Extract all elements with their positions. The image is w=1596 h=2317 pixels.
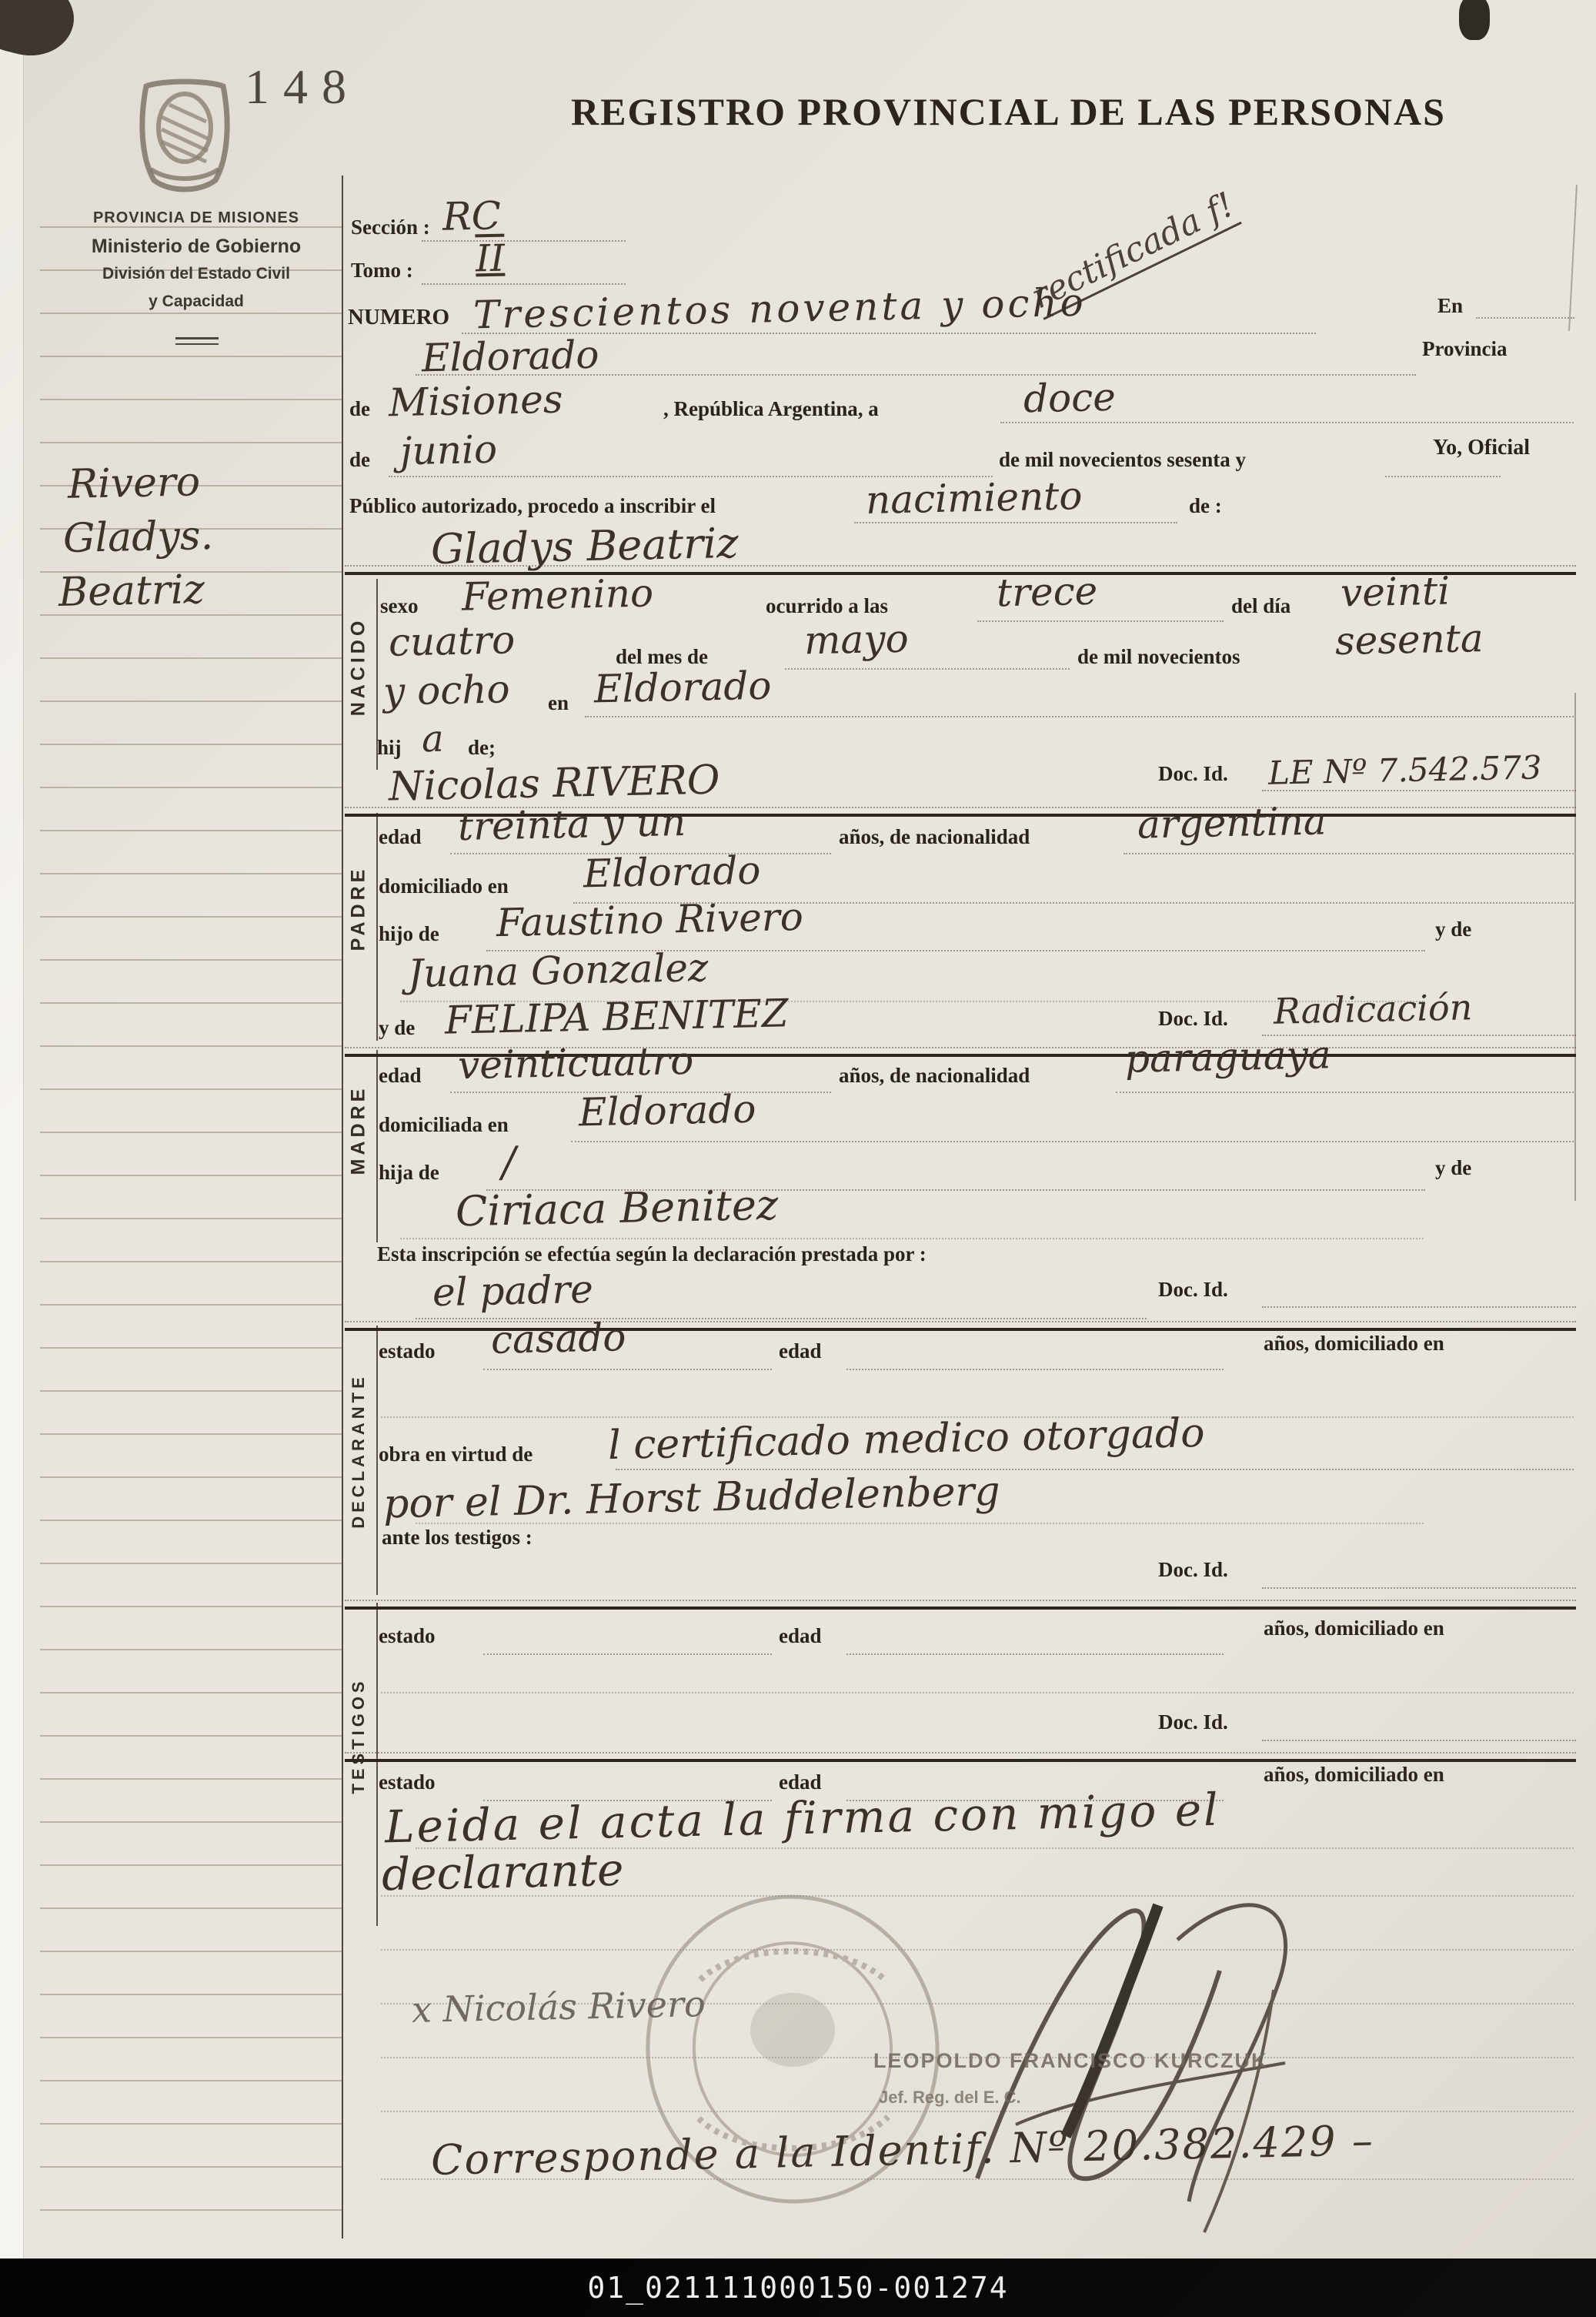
doc-id-value: Radicación (1273, 986, 1472, 1031)
field-line (571, 1141, 1574, 1142)
section-label-nacido: NACIDO (348, 617, 370, 717)
lugar-value: Eldorado (593, 664, 772, 712)
anio-value: sesenta (1334, 616, 1484, 664)
declarante-value: el padre (432, 1267, 593, 1315)
edad-value: veinticuatro (457, 1038, 693, 1088)
dia-value2: cuatro (388, 617, 515, 664)
heavy-rule (345, 1752, 1576, 1762)
demil-label: de mil novecientos (1077, 645, 1240, 669)
de-label: de (349, 397, 370, 421)
numero-value: Trescientos noventa y ocho (472, 280, 1087, 338)
doc-id-label: Doc. Id. (1158, 1007, 1228, 1031)
madre-nombre-value: FELIPA BENITEZ (444, 991, 789, 1042)
edad-value: treinta y un (457, 800, 686, 849)
domicilio-label: domiciliada en (379, 1113, 509, 1137)
ocurrido-label: ocurrido a las (766, 594, 888, 618)
letterhead-line: Ministerio de Gobierno (42, 236, 350, 258)
doc-id-label: Doc. Id. (1158, 1710, 1228, 1734)
de-label: de : (1189, 494, 1222, 518)
domicilio-value: Eldorado (583, 848, 761, 897)
estado-label: estado (379, 1339, 436, 1363)
nacionalidad-value: argentina (1137, 798, 1327, 847)
en-lugar-value: Eldorado (421, 333, 599, 381)
de-label: de; (468, 736, 496, 760)
anios-domicilio-label: años, domiciliado en (1264, 1763, 1444, 1787)
anio-value2: y ocho (382, 667, 510, 714)
hij-value: a (421, 717, 444, 761)
hijo-de-label: hijo de (379, 922, 439, 946)
field-line (846, 1369, 1224, 1370)
letterhead-line: PROVINCIA DE MISIONES (42, 209, 350, 227)
scanned-birth-certificate: 148 REGISTRO PROVINCIAL DE LAS PERSONAS … (0, 0, 1596, 2317)
field-line (1385, 476, 1501, 477)
margin-name: Rivero (67, 459, 200, 508)
domicilio-label: domiciliado en (379, 874, 509, 898)
seccion-label: Sección : (351, 216, 430, 239)
field-line (977, 620, 1224, 622)
estado-label: estado (379, 1624, 436, 1648)
sexo-value: Femenino (461, 570, 653, 619)
doc-id-label: Doc. Id. (1158, 1558, 1228, 1582)
numero-label: NUMERO (348, 305, 449, 330)
republica-label: , República Argentina, a (663, 397, 879, 421)
hija-de-slash: ∕ (501, 1138, 516, 1186)
form-title: REGISTRO PROVINCIAL DE LAS PERSONAS (571, 89, 1387, 134)
anios-domicilio-label: años, domiciliado en (1264, 1332, 1444, 1356)
obra-label: obra en virtud de (379, 1443, 533, 1466)
dia-value: veinti (1340, 569, 1450, 616)
field-line (785, 668, 1070, 670)
section-label-declarante: DECLARANTE (349, 1373, 369, 1529)
domicilio-value: Eldorado (578, 1087, 756, 1135)
doc-id-value: LE Nº 7.542.573 (1268, 748, 1542, 791)
section-bracket (376, 1603, 378, 1926)
field-line (1124, 853, 1574, 854)
field-line (1262, 1587, 1576, 1589)
section-label-padre: PADRE (348, 866, 370, 951)
field-line (416, 1523, 1424, 1524)
edad-label: edad (779, 1624, 822, 1648)
right-edge-mark (1568, 185, 1578, 331)
field-line (1476, 317, 1574, 319)
form-left-rule (342, 176, 343, 2238)
margin-name: Gladys. (62, 513, 213, 562)
mes-value: junio (399, 427, 497, 474)
section-label-madre: MADRE (348, 1085, 370, 1175)
yo-oficial-label: Yo, Oficial (1433, 436, 1530, 460)
hora-value: trece (996, 569, 1097, 616)
field-line (1000, 422, 1574, 423)
del-dia-label: del día (1231, 594, 1290, 618)
provincia-value: Misiones (388, 377, 563, 426)
ante-testigos-label: ante los testigos : (382, 1526, 533, 1550)
section-bracket (376, 1050, 378, 1242)
page-number-stamp: 148 (245, 59, 360, 115)
seccion-value: RC (442, 193, 501, 239)
field-line (483, 1653, 772, 1655)
edad-label: edad (779, 1770, 822, 1794)
field-line (422, 240, 626, 242)
anios-domicilio-label: años, domiciliado en (1264, 1617, 1444, 1640)
scan-code-bar: 01_021111000150-001274 (0, 2258, 1596, 2317)
en-label: en (548, 691, 569, 715)
provincia-label: Provincia (1422, 337, 1508, 361)
acto-value: nacimiento (865, 473, 1083, 523)
edad-label: edad (379, 1064, 422, 1088)
en-label: En (1437, 294, 1463, 318)
declaracion-label: Esta inscripción se efectúa según la dec… (377, 1242, 927, 1266)
field-line (1262, 790, 1576, 791)
abuelo-value: Faustino Rivero (496, 894, 803, 945)
edad-label: edad (779, 1339, 822, 1363)
field-line (846, 1653, 1224, 1655)
letterhead-line: y Capacidad (42, 293, 350, 311)
anio-label: de mil novecientos sesenta y (999, 448, 1246, 472)
nacionalidad-label: años, de nacionalidad (839, 825, 1030, 849)
doc-id-label: Doc. Id. (1158, 762, 1228, 786)
y-de-label: y de (1435, 918, 1471, 941)
letterhead-line: División del Estado Civil (42, 265, 350, 283)
obra-value: l certificado medico otorgado (607, 1410, 1205, 1469)
sexo-label: sexo (380, 594, 419, 618)
tomo-value: II (475, 237, 505, 281)
cierre-line1: Leida el acta la firma con migo el (384, 1784, 1220, 1854)
section-label-testigos: TESTIGOS (349, 1677, 369, 1794)
section-bracket (376, 813, 378, 1041)
abuela-materna-value: Ciriaca Benitez (455, 1181, 778, 1236)
field-line (1262, 1740, 1576, 1741)
letterhead-divider (175, 337, 219, 345)
official-title-stamp: Jef. Reg. del E. C. (879, 2088, 1021, 2108)
tomo-label: Tomo : (351, 259, 413, 283)
scan-code: 01_021111000150-001274 (587, 2271, 1008, 2305)
official-name-stamp: LEOPOLDO FRANCISCO KURCZUK (873, 2049, 1268, 2073)
field-line (616, 1469, 1574, 1470)
estado-value: casado (490, 1315, 626, 1362)
y-de-label: y de (1435, 1156, 1471, 1180)
right-edge-mark (1574, 693, 1576, 1201)
obra-value2: por el Dr. Horst Buddelenberg (382, 1469, 1000, 1528)
hija-de-label: hija de (379, 1161, 439, 1185)
field-line (400, 1238, 1424, 1239)
doc-id-label: Doc. Id. (1158, 1278, 1228, 1302)
field-line (1262, 1306, 1576, 1308)
heavy-rule (345, 1600, 1576, 1610)
padre-firma: x Nicolás Rivero (411, 1983, 706, 2031)
cierre-line2: declarante (381, 1844, 624, 1901)
hij-label: hij (377, 736, 402, 760)
field-line (483, 1369, 772, 1370)
nacionalidad-label: años, de nacionalidad (839, 1064, 1030, 1088)
field-line (416, 374, 1416, 376)
field-line (1116, 1092, 1574, 1093)
page-edge (0, 0, 24, 2317)
de-label: de (349, 448, 370, 472)
margin-name: Beatriz (58, 567, 205, 616)
section-bracket (376, 1326, 378, 1595)
y-de-label: y de (379, 1016, 415, 1040)
field-line (585, 716, 1574, 717)
abuela-value: Juana Gonzalez (407, 945, 708, 996)
field-line (381, 1692, 1574, 1693)
mes-value: mayo (803, 617, 909, 664)
field-line (854, 522, 1177, 523)
dia-value: doce (1023, 375, 1116, 421)
provincial-coat-of-arms-icon (135, 79, 234, 194)
nacionalidad-value: paraguaya (1124, 1032, 1331, 1082)
field-line (422, 283, 626, 285)
publico-label: Público autorizado, procedo a inscribir … (349, 494, 716, 518)
estado-label: estado (379, 1770, 436, 1794)
scan-corner-artifact (1459, 0, 1490, 40)
edad-label: edad (379, 825, 422, 849)
